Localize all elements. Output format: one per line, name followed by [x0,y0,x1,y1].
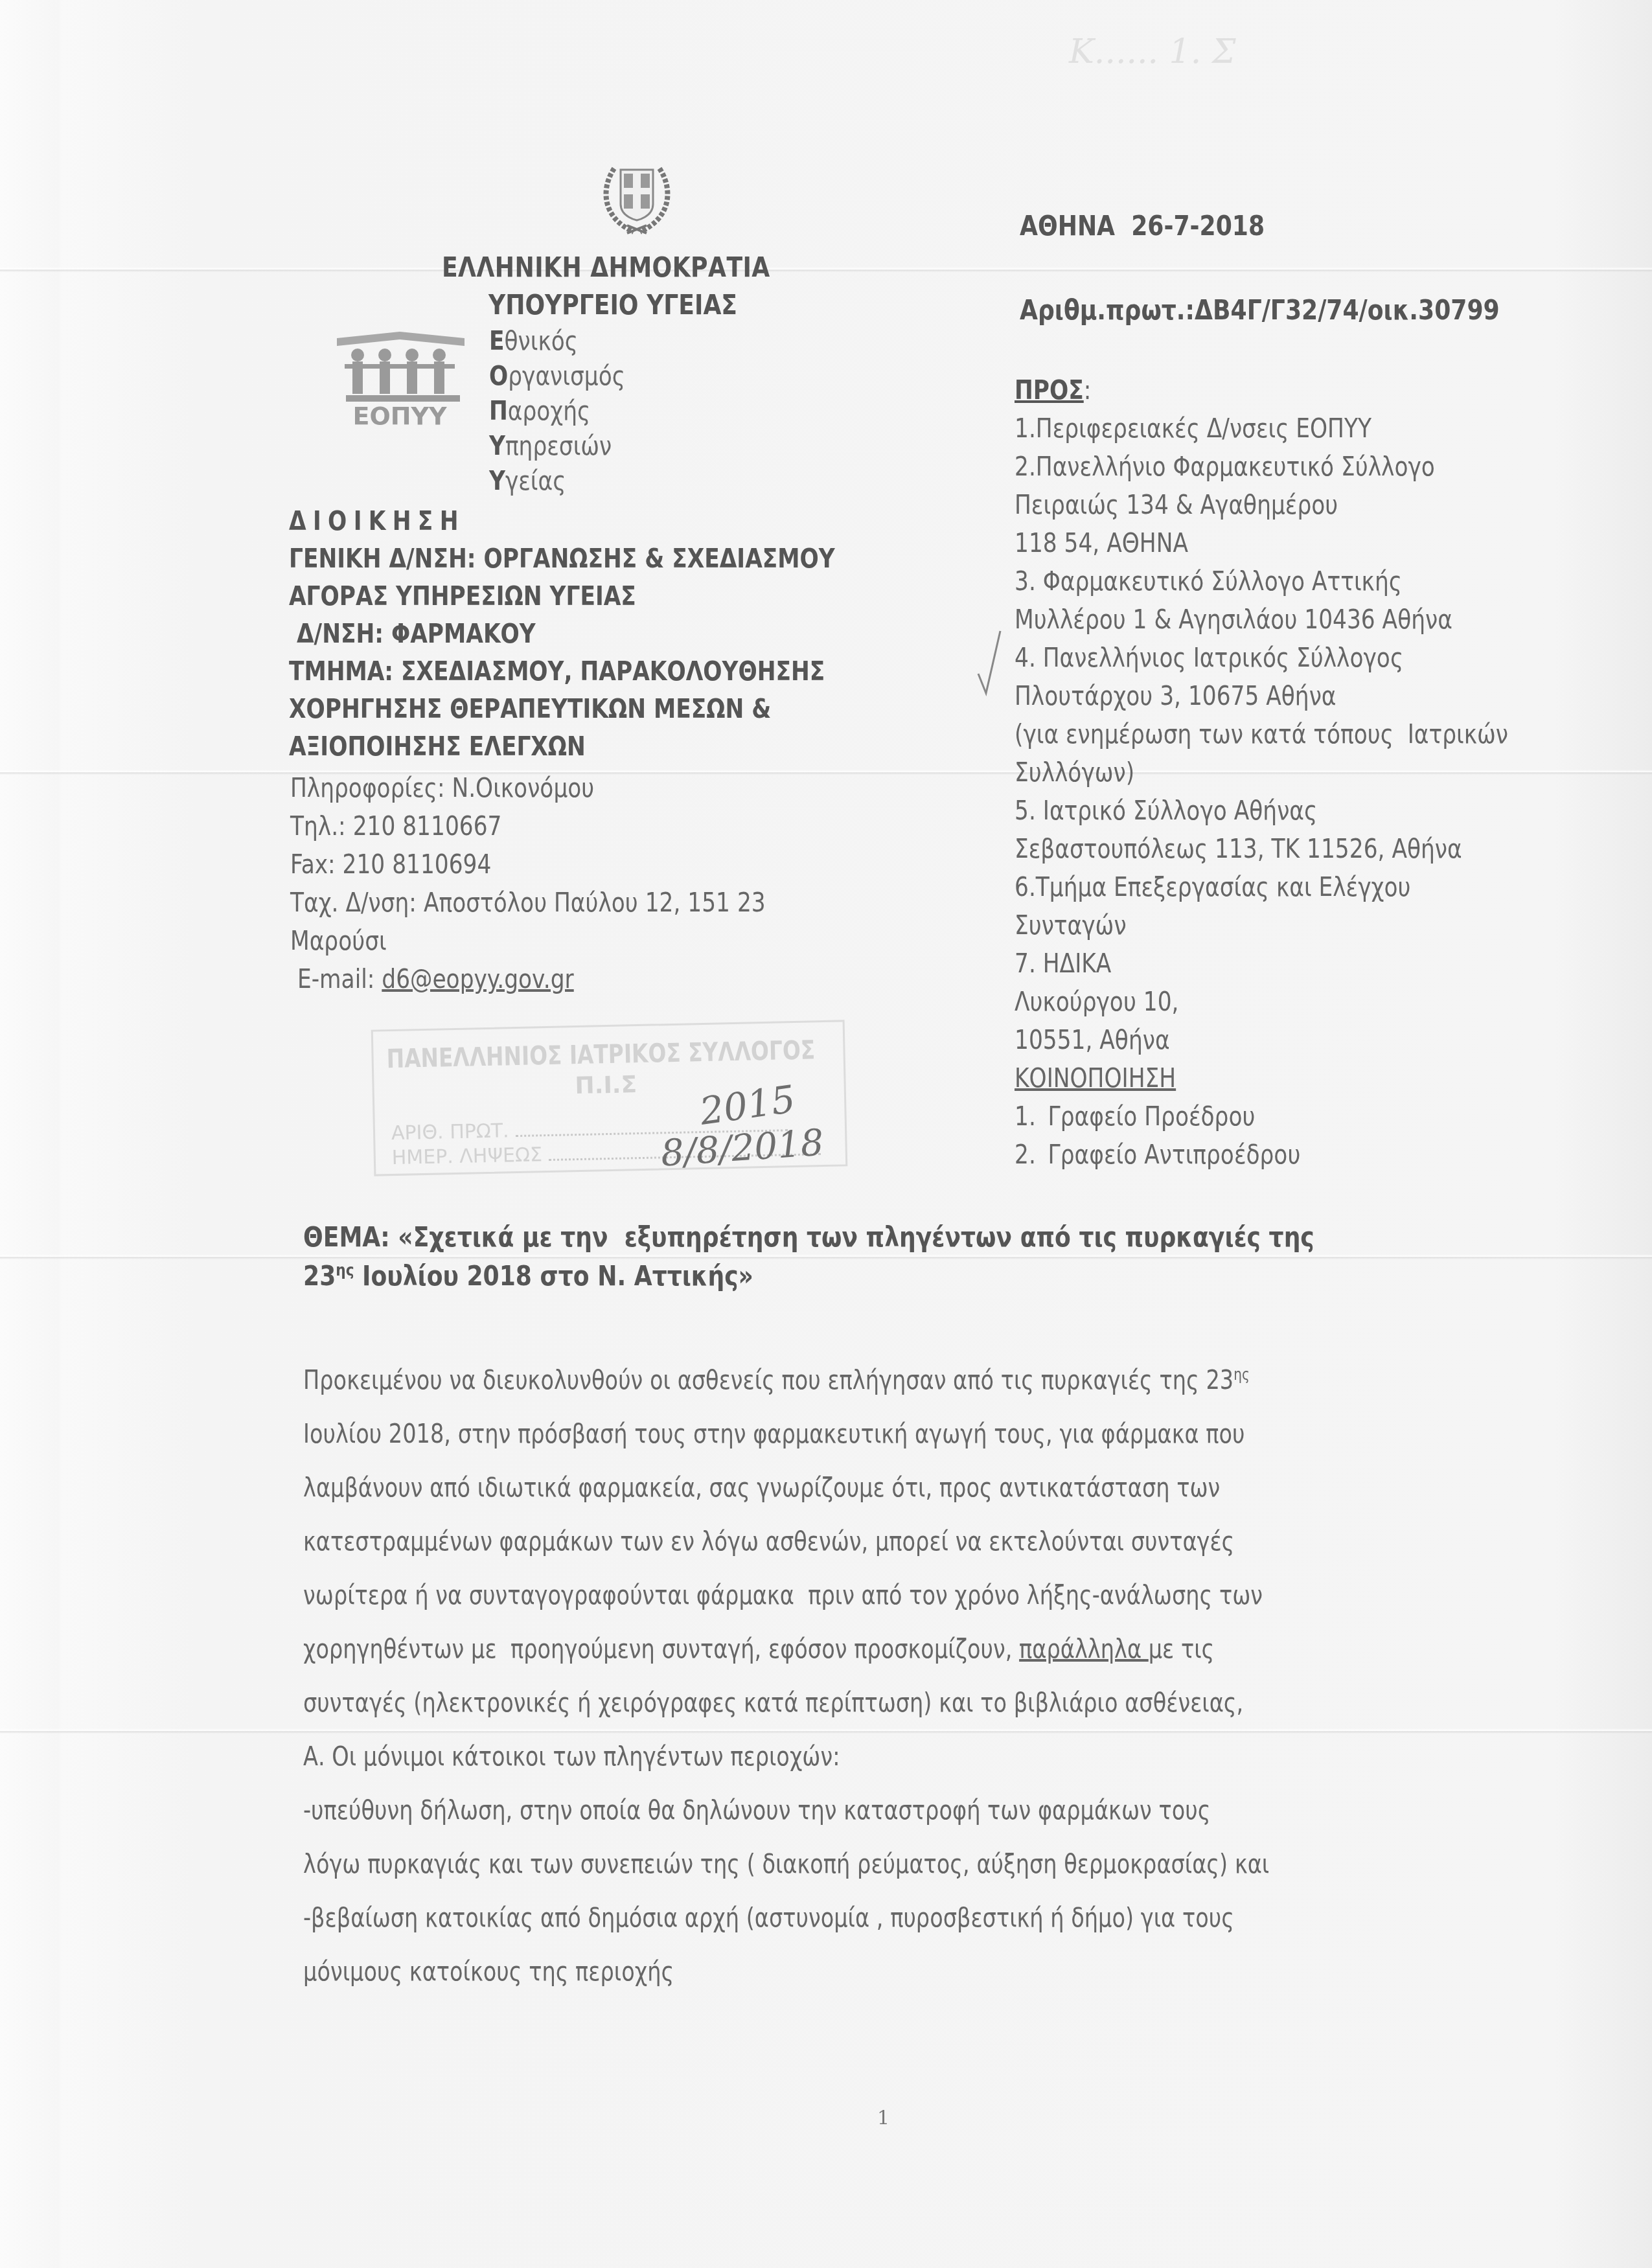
ministry-heading: ΥΠΟΥΡΓΕΙΟ ΥΓΕΙΑΣ [488,289,737,321]
contact-address-city: Μαρούσι [290,922,766,961]
body-line: χορηγηθέντων με προηγούμενη συνταγή, εφό… [303,1623,1283,1677]
admin-line: ΤΜΗΜΑ: ΣΧΕΔΙΑΣΜΟΥ, ΠΑΡΑΚΟΛΟΥΘΗΣΗΣ [289,653,835,691]
contact-phone: Τηλ.: 210 8110667 [290,808,766,846]
body-paragraph: Προκειμένου να διευκολυνθούν οι ασθενείς… [303,1354,1283,1999]
admin-line: ΑΞΙΟΠΟΙΗΣΗΣ ΕΛΕΓΧΩΝ [289,728,835,766]
administration-block: ΔΙΟΙΚΗΣΗ ΓΕΝΙΚΗ Δ/ΝΣΗ: ΟΡΓΑΝΩΣΗΣ & ΣΧΕΔΙ… [289,503,835,766]
stamp-subtitle: Π.Ι.Σ [575,1071,637,1099]
admin-line: ΧΟΡΗΓΗΣΗΣ ΘΕΡΑΠΕΥΤΙΚΩΝ ΜΕΣΩΝ & [289,691,835,728]
pencil-annotation: Κ...... 1. Σ [1069,32,1235,71]
subject-heading: ΘΕΜΑ: «Σχετικά με την εξυπηρέτηση των πλ… [303,1218,1328,1296]
org-line: Εθνικός [489,324,625,359]
republic-heading: ΕΛΛΗΝΙΚΗ ΔΗΜΟΚΡΑΤΙΑ [442,251,770,283]
body-line: -υπεύθυνη δήλωση, στην οποία θα δηλώνουν… [303,1784,1283,1838]
recipient-line: Συλλόγων) [1015,754,1508,792]
recipients-block: ΠΡΟΣ: 1.Περιφερειακές Δ/νσεις ΕΟΠΥΥ 2.Πα… [1015,372,1508,1174]
recipient-line: 3. Φαρμακευτικό Σύλλογο Αττικής [1015,563,1508,601]
admin-line: Δ/ΝΣΗ: ΦΑΡΜΑΚΟΥ [289,615,835,653]
greek-coat-of-arms-icon [595,155,679,240]
body-line: Ιουλίου 2018, στην πρόσβασή τους στην φα… [303,1408,1283,1461]
document-date: ΑΘΗΝΑ 26-7-2018 [1020,210,1265,242]
recipient-line: Πλουτάρχου 3, 10675 Αθήνα [1015,678,1508,716]
admin-line: ΓΕΝΙΚΗ Δ/ΝΣΗ: ΟΡΓΑΝΩΣΗΣ & ΣΧΕΔΙΑΣΜΟΥ [289,540,835,578]
eopyy-logo-icon: ΕΟΠΥΥ [332,324,468,428]
recipient-line: Λυκούργου 10, [1015,983,1508,1022]
recipient-line: 5. Ιατρικό Σύλλογο Αθήνας [1015,792,1508,830]
recipient-line: 118 54, ΑΘΗΝΑ [1015,525,1508,563]
email-link[interactable]: d6@eopyy.gov.gr [382,965,573,994]
handwritten-check-icon [977,628,1003,700]
recipient-line: Σεβαστουπόλεως 113, ΤΚ 11526, Αθήνα [1015,830,1508,869]
cc-heading: ΚΟΙΝΟΠΟΙΗΣΗ [1015,1060,1508,1098]
org-line: Οργανισμός [489,359,625,394]
body-line: -βεβαίωση κατοικίας από δημόσια αρχή (ασ… [303,1892,1283,1945]
org-line: Υγείας [489,464,625,499]
contact-address: Ταχ. Δ/νση: Αποστόλου Παύλου 12, 151 23 [290,884,766,922]
contact-fax: Fax: 210 8110694 [290,846,766,884]
body-line: μόνιμους κατοίκους της περιοχής [303,1945,1283,1999]
body-line: κατεστραμμένων φαρμάκων των εν λόγω ασθε… [303,1515,1283,1569]
recipient-line: Μυλλέρου 1 & Αγησιλάου 10436 Αθήνα [1015,601,1508,639]
paper-fold-line [0,267,1652,272]
section-a-heading: Α. Οι μόνιμοι κάτοικοι των πληγέντων περ… [303,1730,1283,1784]
cc-item: 1.Γραφείο Προέδρου [1015,1098,1508,1136]
body-line: Προκειμένου να διευκολυνθούν οι ασθενείς… [303,1354,1283,1408]
recipient-line: 7. ΗΔΙΚΑ [1015,945,1508,983]
org-name-acronym: Εθνικός Οργανισμός Παροχής Υπηρεσιών Υγε… [489,324,625,499]
body-line: λαμβάνουν από ιδιωτικά φαρμακεία, σας γν… [303,1461,1283,1515]
recipient-line: 6.Τμήμα Επεξεργασίας και Ελέγχου [1015,869,1508,907]
org-line: Παροχής [489,394,625,429]
to-heading: ΠΡΟΣ: [1015,372,1508,410]
recipient-line: Συνταγών [1015,907,1508,945]
org-line: Υπηρεσιών [489,429,625,464]
recipient-line: 4. Πανελλήνιος Ιατρικός Σύλλογος [1015,639,1508,678]
svg-text:ΕΟΠΥΥ: ΕΟΠΥΥ [352,402,447,428]
body-line: λόγω πυρκαγιάς και των συνεπειών της ( δ… [303,1838,1283,1892]
admin-line: ΑΓΟΡΑΣ ΥΠΗΡΕΣΙΩΝ ΥΓΕΙΑΣ [289,578,835,615]
body-line: νωρίτερα ή να συνταγογραφούνται φάρμακα … [303,1569,1283,1623]
recipient-line: 1.Περιφερειακές Δ/νσεις ΕΟΠΥΥ [1015,410,1508,448]
contact-block: Πληροφορίες: Ν.Οικονόμου Τηλ.: 210 81106… [290,770,766,999]
page-number: 1 [877,2107,889,2129]
cc-list: 1.Γραφείο Προέδρου 2.Γραφείο Αντιπροέδρο… [1015,1098,1508,1174]
stamp-title: ΠΑΝΕΛΛΗΝΙΟΣ ΙΑΤΡΙΚΟΣ ΣΥΛΛΟΓΟΣ [386,1035,815,1074]
body-line: συνταγές (ηλεκτρονικές ή χειρόγραφες κατ… [303,1677,1283,1730]
recipient-line: 10551, Αθήνα [1015,1022,1508,1060]
protocol-number: Αριθμ.πρωτ.:ΔΒ4Γ/Γ32/74/οικ.30799 [1020,294,1500,326]
recipient-line: Πειραιώς 134 & Αγαθημέρου [1015,487,1508,525]
recipient-line: (για ενημέρωση των κατά τόπους Ιατρικών [1015,716,1508,754]
recipient-line: 2.Πανελλήνιο Φαρμακευτικό Σύλλογο [1015,448,1508,487]
contact-email-row: E-mail: d6@eopyy.gov.gr [290,961,766,999]
cc-item: 2.Γραφείο Αντιπροέδρου [1015,1136,1508,1174]
admin-line: ΔΙΟΙΚΗΣΗ [289,503,835,540]
contact-info: Πληροφορίες: Ν.Οικονόμου [290,770,766,808]
